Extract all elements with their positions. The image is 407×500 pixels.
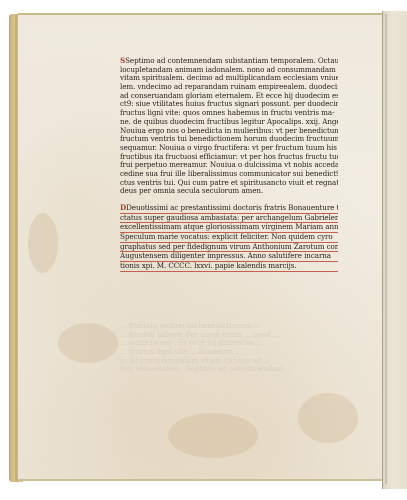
colophon-line: DDeuotissimi ac prestantissimi doctoris … xyxy=(120,204,338,214)
text-line: cedine sua frui ille liberalissimus comm… xyxy=(120,170,338,179)
text-line: SSeptimo ad contemnendam substantiam tem… xyxy=(120,57,338,66)
ghost-line: ... fructum uentris tui benedictionem ..… xyxy=(120,322,336,331)
colophon-line: excellentissimam atque gloriosissimam vi… xyxy=(120,223,338,233)
foxing-stain xyxy=(298,393,358,443)
text-line: fructus ligni vite: quos omnes habemus i… xyxy=(120,109,338,118)
foxing-stain xyxy=(58,323,118,363)
foxing-stain xyxy=(28,213,58,273)
colophon-line: Augustensem diligenter impressus. Anno s… xyxy=(120,252,338,262)
ghost-line: ... fruendi habere. Per quem vnum ... qu… xyxy=(120,331,336,340)
text-line: sequamur. Nouiua o virgo fructifera: vt … xyxy=(120,144,338,153)
ghost-line: ... monicionem . Et ecce hij duodecim ..… xyxy=(120,339,336,348)
text-line: locupletandam animam iadonalem. nono ad … xyxy=(120,66,338,75)
show-through-text: ... fructum uentris tui benedictionem ..… xyxy=(120,322,336,374)
text-line: deus per omnia secula seculorum amen. xyxy=(120,187,338,196)
colophon-line: Speculum marie vocatus: explicit felicit… xyxy=(120,233,338,243)
ghost-line: to ad consummandam vitam. Octauo ad ... xyxy=(120,357,336,366)
text-line: lem. vndecimo ad reparandam ruinam empir… xyxy=(120,83,338,92)
text-line: frui perpetuo mereamur. Nouiua o dulciss… xyxy=(120,161,338,170)
text-line: fructibus ita fructuosi efficiamur: vt p… xyxy=(120,153,338,162)
text-line: ne. de quibus duodecim fructibus legitur… xyxy=(120,118,338,127)
paragraph-main: SSeptimo ad contemnendam substantiam tem… xyxy=(120,57,338,196)
colophon-line: graphatus sed per fidedignum virum Antho… xyxy=(120,243,338,253)
text-line: fructum ventris tui benedictionem horum … xyxy=(120,135,338,144)
colophon-line: tionis xpi. M. CCCC. lxxvi. papie kalend… xyxy=(120,262,338,272)
text-line: Nouiua ergo nos o benedicta in mulieribu… xyxy=(120,127,338,136)
line-text: Deuotissimi ac prestantissimi doctoris f… xyxy=(126,204,338,212)
text-line: ct9: siue vtilitates huius fructus signa… xyxy=(120,100,338,109)
spine-fold-line xyxy=(385,14,387,484)
ghost-line: ... fructus ligni vite ... duodecim ... xyxy=(120,348,336,357)
text-line: ctus ventris tui. Qui cum patre et spiri… xyxy=(120,179,338,188)
foxing-stain xyxy=(168,413,258,458)
printed-text-block: SSeptimo ad contemnendam substantiam tem… xyxy=(120,57,338,272)
text-line: vitam spiritualem. decimo ad multiplican… xyxy=(120,74,338,83)
paragraph-gap xyxy=(120,196,338,204)
colophon: DDeuotissimi ac prestantissimi doctoris … xyxy=(120,204,338,272)
colophon-line: ctatus super gaudiosa ambasiata: per arc… xyxy=(120,214,338,224)
line-text: Septimo ad contemnendam substantiam temp… xyxy=(125,57,338,65)
ghost-line: tem vniuersalem . Septimo ad contemnenda… xyxy=(120,365,336,374)
text-line: ad conseruandam gloriam eternalem. Et ec… xyxy=(120,92,338,101)
